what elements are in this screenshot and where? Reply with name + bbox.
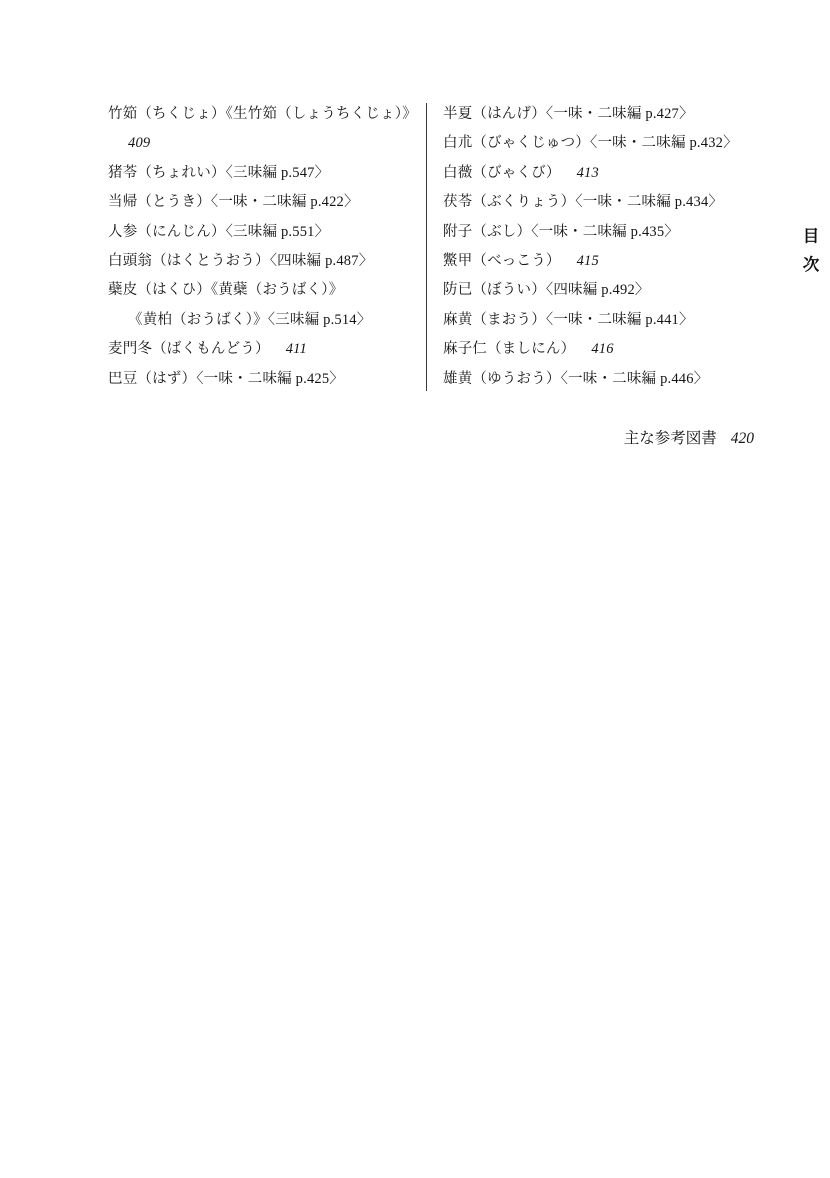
toc-entry: 半夏（はんげ）〈一味・二味編 p.427〉 (443, 100, 783, 129)
toc-entry: 附子（ぶし）〈一味・二味編 p.435〉 (443, 218, 783, 247)
entry-text: 附子（ぶし）〈一味・二味編 p.435〉 (443, 224, 679, 240)
toc-entry: 409 (108, 129, 433, 158)
entry-text: 巴豆（はず）〈一味・二味編 p.425〉 (108, 371, 344, 387)
toc-entry: 人参（にんじん）〈三味編 p.551〉 (108, 218, 433, 247)
toc-entry: 当帰（とうき）〈一味・二味編 p.422〉 (108, 188, 433, 217)
entry-text: 白朮（びゃくじゅつ）〈一味・二味編 p.432〉 (443, 135, 738, 151)
entry-text: 防已（ぼうい）〈四味編 p.492〉 (443, 282, 650, 298)
entry-text: 麻子仁（ましにん） (443, 341, 575, 357)
entry-text: 半夏（はんげ）〈一味・二味編 p.427〉 (443, 106, 694, 122)
entry-text: 茯苓（ぶくりょう）〈一味・二味編 p.434〉 (443, 194, 723, 210)
entry-text: 竹筎（ちくじょ）《生竹筎（しょうちくじょ）》 (108, 106, 417, 122)
entry-page-number: 413 (577, 165, 599, 181)
entry-page-number: 411 (286, 341, 307, 357)
toc-entry: 麦門冬（ばくもんどう）411 (108, 335, 433, 364)
toc-entry: 猪苓（ちょれい）〈三味編 p.547〉 (108, 159, 433, 188)
toc-entry: 竹筎（ちくじょ）《生竹筎（しょうちくじょ）》 (108, 100, 433, 129)
toc-entry: 白頭翁（はくとうおう）〈四味編 p.487〉 (108, 247, 433, 276)
toc-entry: 茯苓（ぶくりょう）〈一味・二味編 p.434〉 (443, 188, 783, 217)
entry-page-number: 409 (128, 135, 150, 151)
toc-right-column: 半夏（はんげ）〈一味・二味編 p.427〉白朮（びゃくじゅつ）〈一味・二味編 p… (443, 100, 783, 394)
toc-entry: 白薇（びゃくび）413 (443, 159, 783, 188)
entry-text: 白薇（びゃくび） (443, 165, 561, 181)
column-divider-rule (426, 103, 427, 391)
toc-page: 竹筎（ちくじょ）《生竹筎（しょうちくじょ）》409猪苓（ちょれい）〈三味編 p.… (0, 0, 830, 1178)
footer-reference-title: 主な参考図書 (624, 430, 717, 447)
toc-entry: 麻子仁（ましにん）416 (443, 335, 783, 364)
entry-text: 当帰（とうき）〈一味・二味編 p.422〉 (108, 194, 359, 210)
toc-entry: 鱉甲（べっこう）415 (443, 247, 783, 276)
entry-text: 《黄柏（おうばく）》〈三味編 p.514〉 (128, 312, 371, 328)
toc-entry: 蘗皮（はくひ）《黄蘗（おうばく）》 (108, 276, 433, 305)
toc-entry: 《黄柏（おうばく）》〈三味編 p.514〉 (108, 306, 433, 335)
section-side-label: 目次 (797, 227, 821, 284)
entry-text: 白頭翁（はくとうおう）〈四味編 p.487〉 (108, 253, 373, 269)
entry-text: 鱉甲（べっこう） (443, 253, 561, 269)
toc-entry: 雄黄（ゆうおう）〈一味・二味編 p.446〉 (443, 365, 783, 394)
entry-text: 雄黄（ゆうおう）〈一味・二味編 p.446〉 (443, 371, 708, 387)
toc-entry: 防已（ぼうい）〈四味編 p.492〉 (443, 276, 783, 305)
entry-text: 麻黄（まおう）〈一味・二味編 p.441〉 (443, 312, 694, 328)
entry-text: 猪苓（ちょれい）〈三味編 p.547〉 (108, 165, 329, 181)
footer-reference-entry: 主な参考図書420 (624, 429, 754, 449)
toc-entry: 麻黄（まおう）〈一味・二味編 p.441〉 (443, 306, 783, 335)
entry-text: 蘗皮（はくひ）《黄蘗（おうばく）》 (108, 282, 343, 298)
toc-entry: 巴豆（はず）〈一味・二味編 p.425〉 (108, 365, 433, 394)
entry-text: 人参（にんじん）〈三味編 p.551〉 (108, 224, 329, 240)
entry-page-number: 415 (577, 253, 599, 269)
entry-page-number: 416 (591, 341, 613, 357)
entry-text: 麦門冬（ばくもんどう） (108, 341, 270, 357)
toc-entry: 白朮（びゃくじゅつ）〈一味・二味編 p.432〉 (443, 129, 783, 158)
footer-reference-page-number: 420 (731, 430, 754, 447)
toc-left-column: 竹筎（ちくじょ）《生竹筎（しょうちくじょ）》409猪苓（ちょれい）〈三味編 p.… (108, 100, 433, 394)
